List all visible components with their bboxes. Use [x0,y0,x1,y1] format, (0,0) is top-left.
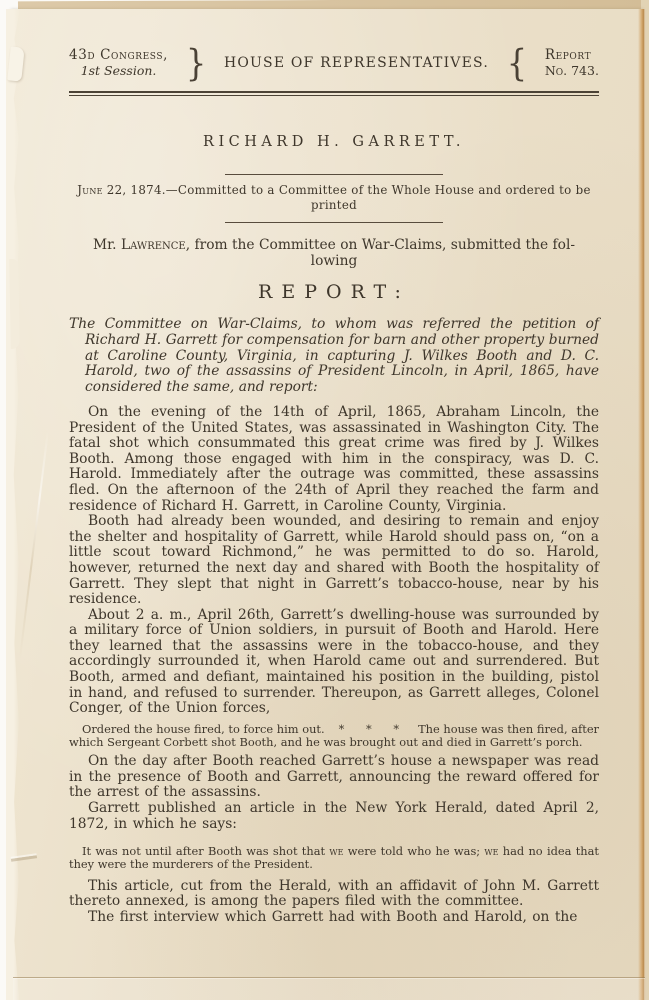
submitter-line2: lowing [69,253,599,269]
conger-quote-part1: Ordered the house fired, to force him ou… [82,722,325,736]
session-label: 1st Session. [69,63,168,78]
body-paragraph-newspaper: On the day after Booth reached Garrett’s… [69,754,599,801]
body-paragraph-surrounded: About 2 a. m., April 26th, Garrett’s dwe… [69,608,599,717]
body-paragraph-article: This article, cut from the Herald, with … [69,879,599,910]
dateline-text: Committed to a Committee of the Whole Ho… [178,183,591,197]
document-scan: 43d Congress, 1st Session. } HOUSE OF RE… [0,0,649,1000]
herald-quote-part2: were told who he was; [343,844,484,858]
dateline: June 22, 1874.—Committed to a Committee … [69,183,599,212]
submitter-rest: , from the Committee on War-Claims, subm… [186,237,575,253]
chamber-title: HOUSE OF REPRESENTATIVES. [224,55,489,71]
referral-paragraph: The Committee on War-Claims, to whom was… [69,317,599,396]
report-number: No. 743. [545,63,599,78]
document-title: RICHARD H. GARRETT. [69,134,599,150]
double-rule [69,91,599,96]
dateline-date: June 22, 1874.— [77,183,178,197]
body-paragraph-interview: The first interview which Garrett had wi… [69,910,599,926]
herald-quote-part1: It was not until after Booth was shot th… [82,844,329,858]
congress-label: 43d Congress, [69,48,168,63]
submitter-line: Mr. Lawrence, from the Committee on War-… [69,237,599,269]
report-number-block: Report No. 743. [545,48,599,78]
submitter-name: Lawrence [121,237,186,253]
report-page: 43d Congress, 1st Session. } HOUSE OF RE… [13,9,645,1000]
right-brace-glyph: } [184,45,208,82]
body-paragraph-herald-intro: Garrett published an article in the New … [69,801,599,832]
herald-quote: It was not until after Booth was shot th… [69,845,599,871]
title-rule [225,174,443,175]
congress-session-block: 43d Congress, 1st Session. [69,48,168,78]
report-heading: REPORT: [69,281,599,303]
dateline-rule [225,222,443,223]
conger-quote: Ordered the house fired, to force him ou… [69,723,599,749]
body-paragraph-booth-wounded: Booth had already been wounded, and desi… [69,514,599,608]
dateline-line2: printed [69,198,599,213]
page-content: 43d Congress, 1st Session. } HOUSE OF RE… [13,9,645,1000]
left-brace-glyph: { [505,45,529,82]
report-label: Report [545,48,599,63]
asterisk-separator: * * * [339,722,408,736]
body-paragraph-lincoln: On the evening of the 14th of April, 186… [69,405,599,514]
masthead: 43d Congress, 1st Session. } HOUSE OF RE… [69,47,599,79]
herald-quote-we1: we [329,844,343,858]
herald-quote-we2: we [484,844,498,858]
submitter-prefix: Mr. [93,237,121,253]
